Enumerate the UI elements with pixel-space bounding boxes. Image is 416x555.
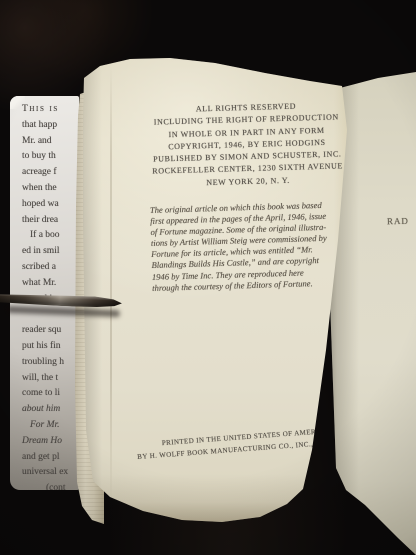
jacket-flap-line: scribed a — [22, 260, 79, 276]
rights-statement: ALL RIGHTS RESERVED INCLUDING THE RIGHT … — [137, 99, 357, 191]
photo-background: RAD This is that happ Mr. and to buy th … — [0, 0, 416, 555]
jacket-flap-line: put his fin — [22, 339, 79, 355]
copyright-page: ALL RIGHTS RESERVED INCLUDING THE RIGHT … — [74, 56, 356, 526]
jacket-flap-line: Mr. and — [22, 134, 79, 150]
jacket-flap-line: their drea — [22, 213, 79, 229]
jacket-flap-line: (cont — [22, 481, 79, 490]
jacket-flap-line: come to li — [22, 386, 79, 402]
jacket-flap-line: This is — [22, 102, 79, 118]
jacket-flap-line: to buy th — [22, 149, 79, 165]
jacket-flap-line: what Mr. — [22, 276, 79, 292]
jacket-flap-line: acreage f — [22, 165, 79, 181]
jacket-flap-line: universal ex — [22, 465, 79, 481]
jacket-flap-line: will, the t — [22, 371, 79, 387]
jacket-flap-line: about him — [22, 402, 79, 418]
jacket-flap-line: that happ — [22, 118, 79, 134]
jacket-flap-line: reader squ — [22, 323, 79, 339]
jacket-flap-line: For Mr. — [22, 418, 79, 434]
jacket-flap-line: Dream Ho — [22, 434, 79, 450]
jacket-flap-line: when the — [22, 181, 79, 197]
dust-jacket-flap: This is that happ Mr. and to buy th acre… — [10, 96, 79, 490]
jacket-flap-line: troubling h — [22, 355, 79, 371]
jacket-flap-line: ed in smil — [22, 244, 79, 260]
facing-page-partial-text: RAD — [387, 216, 409, 226]
jacket-flap-line: and get pl — [22, 450, 79, 466]
printer-imprint: PRINTED IN THE UNITED STATES OF AMERICA … — [125, 423, 366, 464]
page-crease — [110, 66, 112, 506]
jacket-flap-line: If a boo — [22, 228, 79, 244]
jacket-flap-line: hoped wa — [22, 197, 79, 213]
fortune-note: The original article on which this book … — [150, 199, 357, 294]
